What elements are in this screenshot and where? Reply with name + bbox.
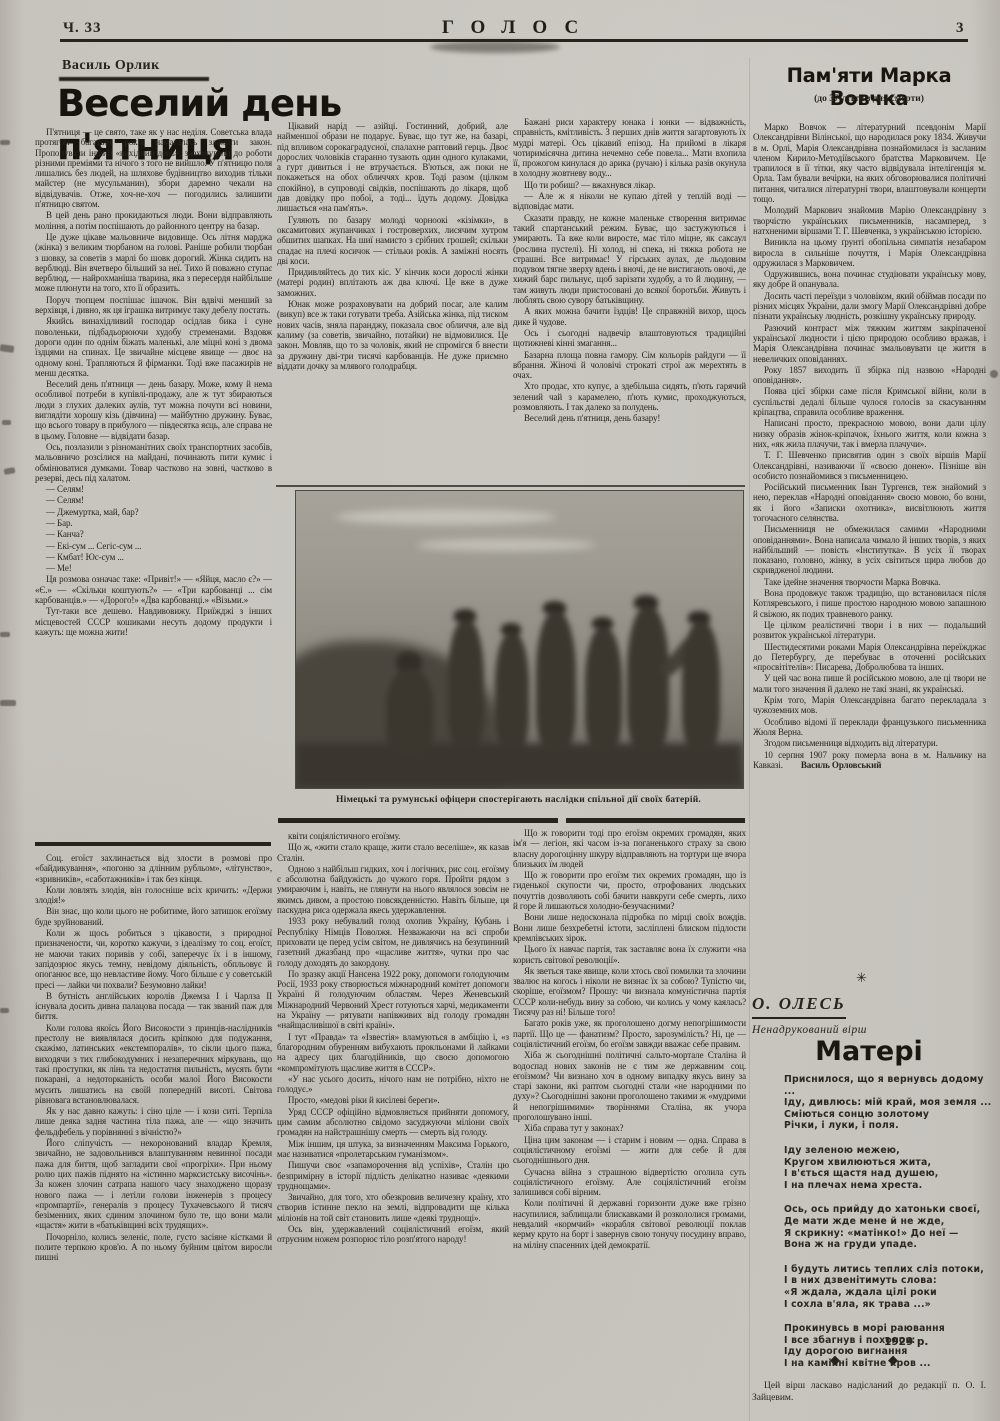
paragraph: Придивляйтесь до тих кіс. У кінчик коси … bbox=[277, 267, 508, 298]
author-signature: Василь Орловський bbox=[801, 760, 881, 770]
paragraph: Пишучи своє «запаморочення від успіхів»,… bbox=[277, 1160, 509, 1191]
paragraph: Разючий контраст між тяжким життям закрі… bbox=[753, 323, 986, 364]
paragraph: Просто, «медові ріки й кисілеві береги». bbox=[277, 1095, 509, 1105]
paragraph: Це дуже цікаве мальовниче видовище. Ось … bbox=[35, 232, 272, 294]
bottom-column-3: Що ж говорити тоді про егоїзм окремих гр… bbox=[513, 828, 746, 1419]
death-note: 10 серпня 1907 року померла вона в м. На… bbox=[753, 750, 986, 771]
paragraph: Року 1857 виходить її збірка під назвою … bbox=[753, 365, 986, 386]
paragraph: Хіба ж сьогоднішні політичні сальто-морт… bbox=[513, 1050, 746, 1122]
newspaper-page: Ч. 33 ГОЛОС 3 Василь Орлик Веселий день … bbox=[0, 0, 1000, 1421]
paragraph: Вона продовжує також традицію, що встано… bbox=[753, 588, 986, 619]
paragraph: Як у нас давно кажуть: і сіно ціле — і к… bbox=[35, 1106, 272, 1137]
paragraph: Соц. егоїст захлинається від злости в ро… bbox=[35, 853, 272, 884]
paragraph: Цього їх навчає партія, так заставляє во… bbox=[513, 944, 746, 965]
page-number: 3 bbox=[956, 20, 965, 37]
paragraph: І будуть литись теплих сліз потоки, І в … bbox=[784, 1264, 994, 1310]
paragraph: Веселий день п'ятниця, день базару! bbox=[513, 413, 746, 423]
paragraph: Уряд СССР офіційно відмовляється прийнят… bbox=[277, 1107, 509, 1138]
paragraph: Шестидесятими роками Марія Олександрівна… bbox=[753, 642, 986, 673]
article-column-1: П'ятниця — це свято, таке як у нас неділ… bbox=[35, 127, 272, 839]
paragraph: Що ж говорити тоді про егоїзм окремих гр… bbox=[513, 828, 746, 869]
article-column-3: Бажані риси характеру юнака і юнки — від… bbox=[513, 117, 746, 483]
asterisk-separator: ✳ bbox=[856, 970, 867, 986]
byline: Василь Орлик bbox=[62, 58, 160, 74]
paragraph: Сучасна війна з страшною відвертістю ого… bbox=[513, 1167, 746, 1198]
scan-artifact bbox=[0, 140, 10, 145]
issue-number: Ч. 33 bbox=[63, 20, 102, 37]
memory-article-subtitle: (до 37-ліття з дня смерти) bbox=[752, 94, 986, 104]
paragraph: Коли ловлять злодія, він голосніше всіх … bbox=[35, 885, 272, 906]
paragraph: — Ме! bbox=[35, 563, 272, 573]
scan-artifact bbox=[0, 344, 14, 353]
paragraph: квіти соціялістичного егоїзму. bbox=[277, 831, 509, 841]
editor-footnote: Цей вірш ласкаво надісланий до редакції … bbox=[752, 1380, 986, 1404]
paragraph: Його сліпучість — некоронований владар К… bbox=[35, 1138, 272, 1231]
paragraph: Згодом письменниця відходить від літерат… bbox=[753, 738, 986, 748]
photo-caption: Німецькі та румунські офіцери спостеріга… bbox=[295, 795, 742, 805]
paragraph: Т. Г. Шевченко присвятив один з своїх ві… bbox=[753, 450, 986, 481]
paragraph: Між іншим, ця штука, за визначенням Макс… bbox=[277, 1139, 509, 1160]
paragraph: Почорніло, колись зеленіє, поле, густо з… bbox=[35, 1232, 272, 1263]
paragraph: — Джемуртка, май, бар? bbox=[35, 507, 272, 517]
paragraph: «У нас усього досить, нічого нам не потр… bbox=[277, 1074, 509, 1095]
paragraph: — Кмбат! Юс-сум ... bbox=[35, 552, 272, 562]
paragraph: Вони лише недосконала підробка по мірці … bbox=[513, 912, 746, 943]
paragraph: Молодий Маркович знайомив Марію Олександ… bbox=[753, 205, 986, 236]
paragraph: — Канча? bbox=[35, 529, 272, 539]
section-rule-right bbox=[566, 818, 745, 823]
diamond-ornament: ◆ bbox=[888, 1352, 898, 1368]
paragraph: Поруч тюпцем поспішає ішачок. Він вдвічі… bbox=[35, 295, 272, 316]
paragraph: Це цілком реалістичні твори і в них — по… bbox=[753, 620, 986, 641]
paragraph: Російський письменник Іван Тургенєв, теж… bbox=[753, 482, 986, 523]
photo-figures bbox=[296, 491, 743, 788]
paragraph: 1933 року небувалий голод охопив Україну… bbox=[277, 916, 509, 967]
section-rule-mid bbox=[278, 818, 558, 823]
article-column-2: Цікавий нарід — азійці. Гостинний, добри… bbox=[277, 121, 508, 483]
paragraph: Письменниця не обмежилася самими «Народн… bbox=[753, 524, 986, 575]
paragraph: Ця розмова означає таке: «Привіт!» — «Яй… bbox=[35, 574, 272, 605]
poem-note: Ненадрукований вірш bbox=[752, 1024, 867, 1036]
paragraph: Ось він, удержавлений соціялістичний его… bbox=[277, 1224, 509, 1245]
paragraph: Гуляють по базару молоді чорноокі «кізім… bbox=[277, 215, 508, 266]
paragraph: Що ж, «жити стало краще, жити стало весе… bbox=[277, 842, 509, 863]
paragraph: Марко Вовчок — літературний псевдонім Ма… bbox=[753, 122, 986, 204]
scan-artifact bbox=[990, 370, 998, 378]
paragraph: — Але ж я ніколи не купаю дітей у теплій… bbox=[513, 191, 746, 212]
paragraph: Якийсь винахідливий господар осідлав бик… bbox=[35, 316, 272, 378]
paragraph: Ось, позлазили з різноманітних своїх тра… bbox=[35, 442, 272, 483]
paragraph: Особливо відомі її переклади французьког… bbox=[753, 717, 986, 738]
paragraph: — Селям! bbox=[35, 484, 272, 494]
paragraph: Сказати правду, не кожне маленьке створе… bbox=[513, 213, 746, 306]
paragraph: Він знає, що коли цього не робитиме, йог… bbox=[35, 906, 272, 927]
paragraph: А яких можна бачити їздців! Це справжній… bbox=[513, 306, 746, 327]
paragraph: Ціна цим законам — і старим і новим — од… bbox=[513, 1135, 746, 1166]
paragraph: Ось і сьогодні надвечір влаштовуються тр… bbox=[513, 328, 746, 349]
paragraph: Бажані риси характеру юнака і юнки — від… bbox=[513, 117, 746, 179]
memory-article-body: Марко Вовчок — літературний псевдонім Ма… bbox=[753, 122, 986, 970]
paragraph: У цей час вона пише й російською мовою, … bbox=[753, 673, 986, 694]
section-rule-left bbox=[35, 842, 271, 846]
paragraph: Крім того, Марія Олександрівна багато пе… bbox=[753, 695, 986, 716]
paragraph: П'ятниця — це свято, таке як у нас неділ… bbox=[35, 127, 272, 209]
paragraph: Багато років уже, як проголошено догму н… bbox=[513, 1018, 746, 1049]
masthead-title: ГОЛОС bbox=[340, 17, 680, 39]
war-photo bbox=[295, 490, 744, 789]
paragraph: Досить часті переїзди з чоловіком, який … bbox=[753, 291, 986, 322]
poem-title: Матері bbox=[752, 1036, 986, 1067]
paragraph: В бутність англійських королів Джемза I … bbox=[35, 991, 272, 1022]
paragraph: Таке ідейне значення творчости Марка Вов… bbox=[753, 577, 986, 587]
diamond-ornament: ◆ bbox=[830, 1352, 840, 1368]
paragraph: Виникла на цьому ґрунті обопільна симпат… bbox=[753, 237, 986, 268]
paragraph: Хто продає, хто купує, а здебільша сидят… bbox=[513, 381, 746, 412]
paragraph: Юнак може розраховувати на добрий посаг,… bbox=[277, 299, 508, 371]
paragraph: Що ж говорити про егоїзм тих окремих гро… bbox=[513, 870, 746, 911]
bottom-column-1: Соц. егоїст захлинається від злости в ро… bbox=[35, 853, 272, 1419]
column-divider bbox=[749, 58, 750, 1421]
paragraph: Цікавий нарід — азійці. Гостинний, добри… bbox=[277, 121, 508, 214]
paragraph: Іду зеленою межею, Кругом хвилюються жит… bbox=[784, 1145, 994, 1191]
photo-top-rule bbox=[276, 485, 745, 487]
poem-author: О. ОЛЕСЬ bbox=[752, 994, 846, 1019]
paragraph: — Селям! bbox=[35, 495, 272, 505]
paragraph: По зразку акції Нансена 1922 року, допом… bbox=[277, 969, 509, 1031]
paragraph: Поява цієї збірки саме після Кримської в… bbox=[753, 386, 986, 417]
paragraph: Ось, ось прийду до хатоньки своєї, Де ма… bbox=[784, 1204, 994, 1250]
paragraph: — Бар. bbox=[35, 518, 272, 528]
footnote-text: Цей вірш ласкаво надісланий до редакції … bbox=[752, 1380, 986, 1404]
ink-smudge bbox=[430, 41, 560, 53]
paragraph: Тут-таки все дешево. Навдивовижу. Приїжд… bbox=[35, 606, 272, 637]
paragraph: Коли ж щось робиться з цікавости, з прир… bbox=[35, 928, 272, 990]
bottom-column-2: квіти соціялістичного егоїзму.Що ж, «жит… bbox=[277, 831, 509, 1419]
paragraph: Як зветься таке явище, коли хтось свої п… bbox=[513, 966, 746, 1017]
scan-artifact bbox=[2, 420, 11, 425]
paragraph: Веселий день п'ятниця — день базару. Мож… bbox=[35, 379, 272, 441]
scan-artifact bbox=[0, 632, 10, 637]
poem-date: 1929 р. bbox=[884, 1336, 928, 1348]
paragraph: І тут «Правда» та «Ізвестія» вламуються … bbox=[277, 1032, 509, 1073]
memory-article-paragraphs: Марко Вовчок — літературний псевдонім Ма… bbox=[753, 122, 986, 749]
paragraph: Написані просто, прекрасною мовою, вони … bbox=[753, 418, 986, 449]
scan-artifact bbox=[0, 1008, 9, 1013]
paragraph: — Екі-сум ... Сегіс-сум ... bbox=[35, 541, 272, 551]
scan-artifact bbox=[0, 700, 16, 706]
paragraph: Коли голова якоїсь Його Високости з прин… bbox=[35, 1023, 272, 1105]
paragraph: Базарна площа повна гамору. Сім кольорів… bbox=[513, 350, 746, 381]
paragraph: Одною з найбільш гидких, хоч і логічних,… bbox=[277, 864, 509, 915]
paragraph: Звичайно, для того, хто обезкровив велич… bbox=[277, 1192, 509, 1223]
paragraph: В цей день рано прокидаються люди. Вони … bbox=[35, 210, 272, 231]
paragraph: Хіба справа тут у законах? bbox=[513, 1123, 746, 1133]
paragraph: Що ти робиш? — вжахнувся лікар. bbox=[513, 180, 746, 190]
paragraph: Одружившись, вона починає студіювати укр… bbox=[753, 269, 986, 290]
paragraph: Приснилося, що я вернувсь додому ... Іду… bbox=[784, 1074, 994, 1132]
paragraph: Коли політичні й державні горизонти дуже… bbox=[513, 1198, 746, 1249]
scan-artifact bbox=[4, 467, 16, 475]
